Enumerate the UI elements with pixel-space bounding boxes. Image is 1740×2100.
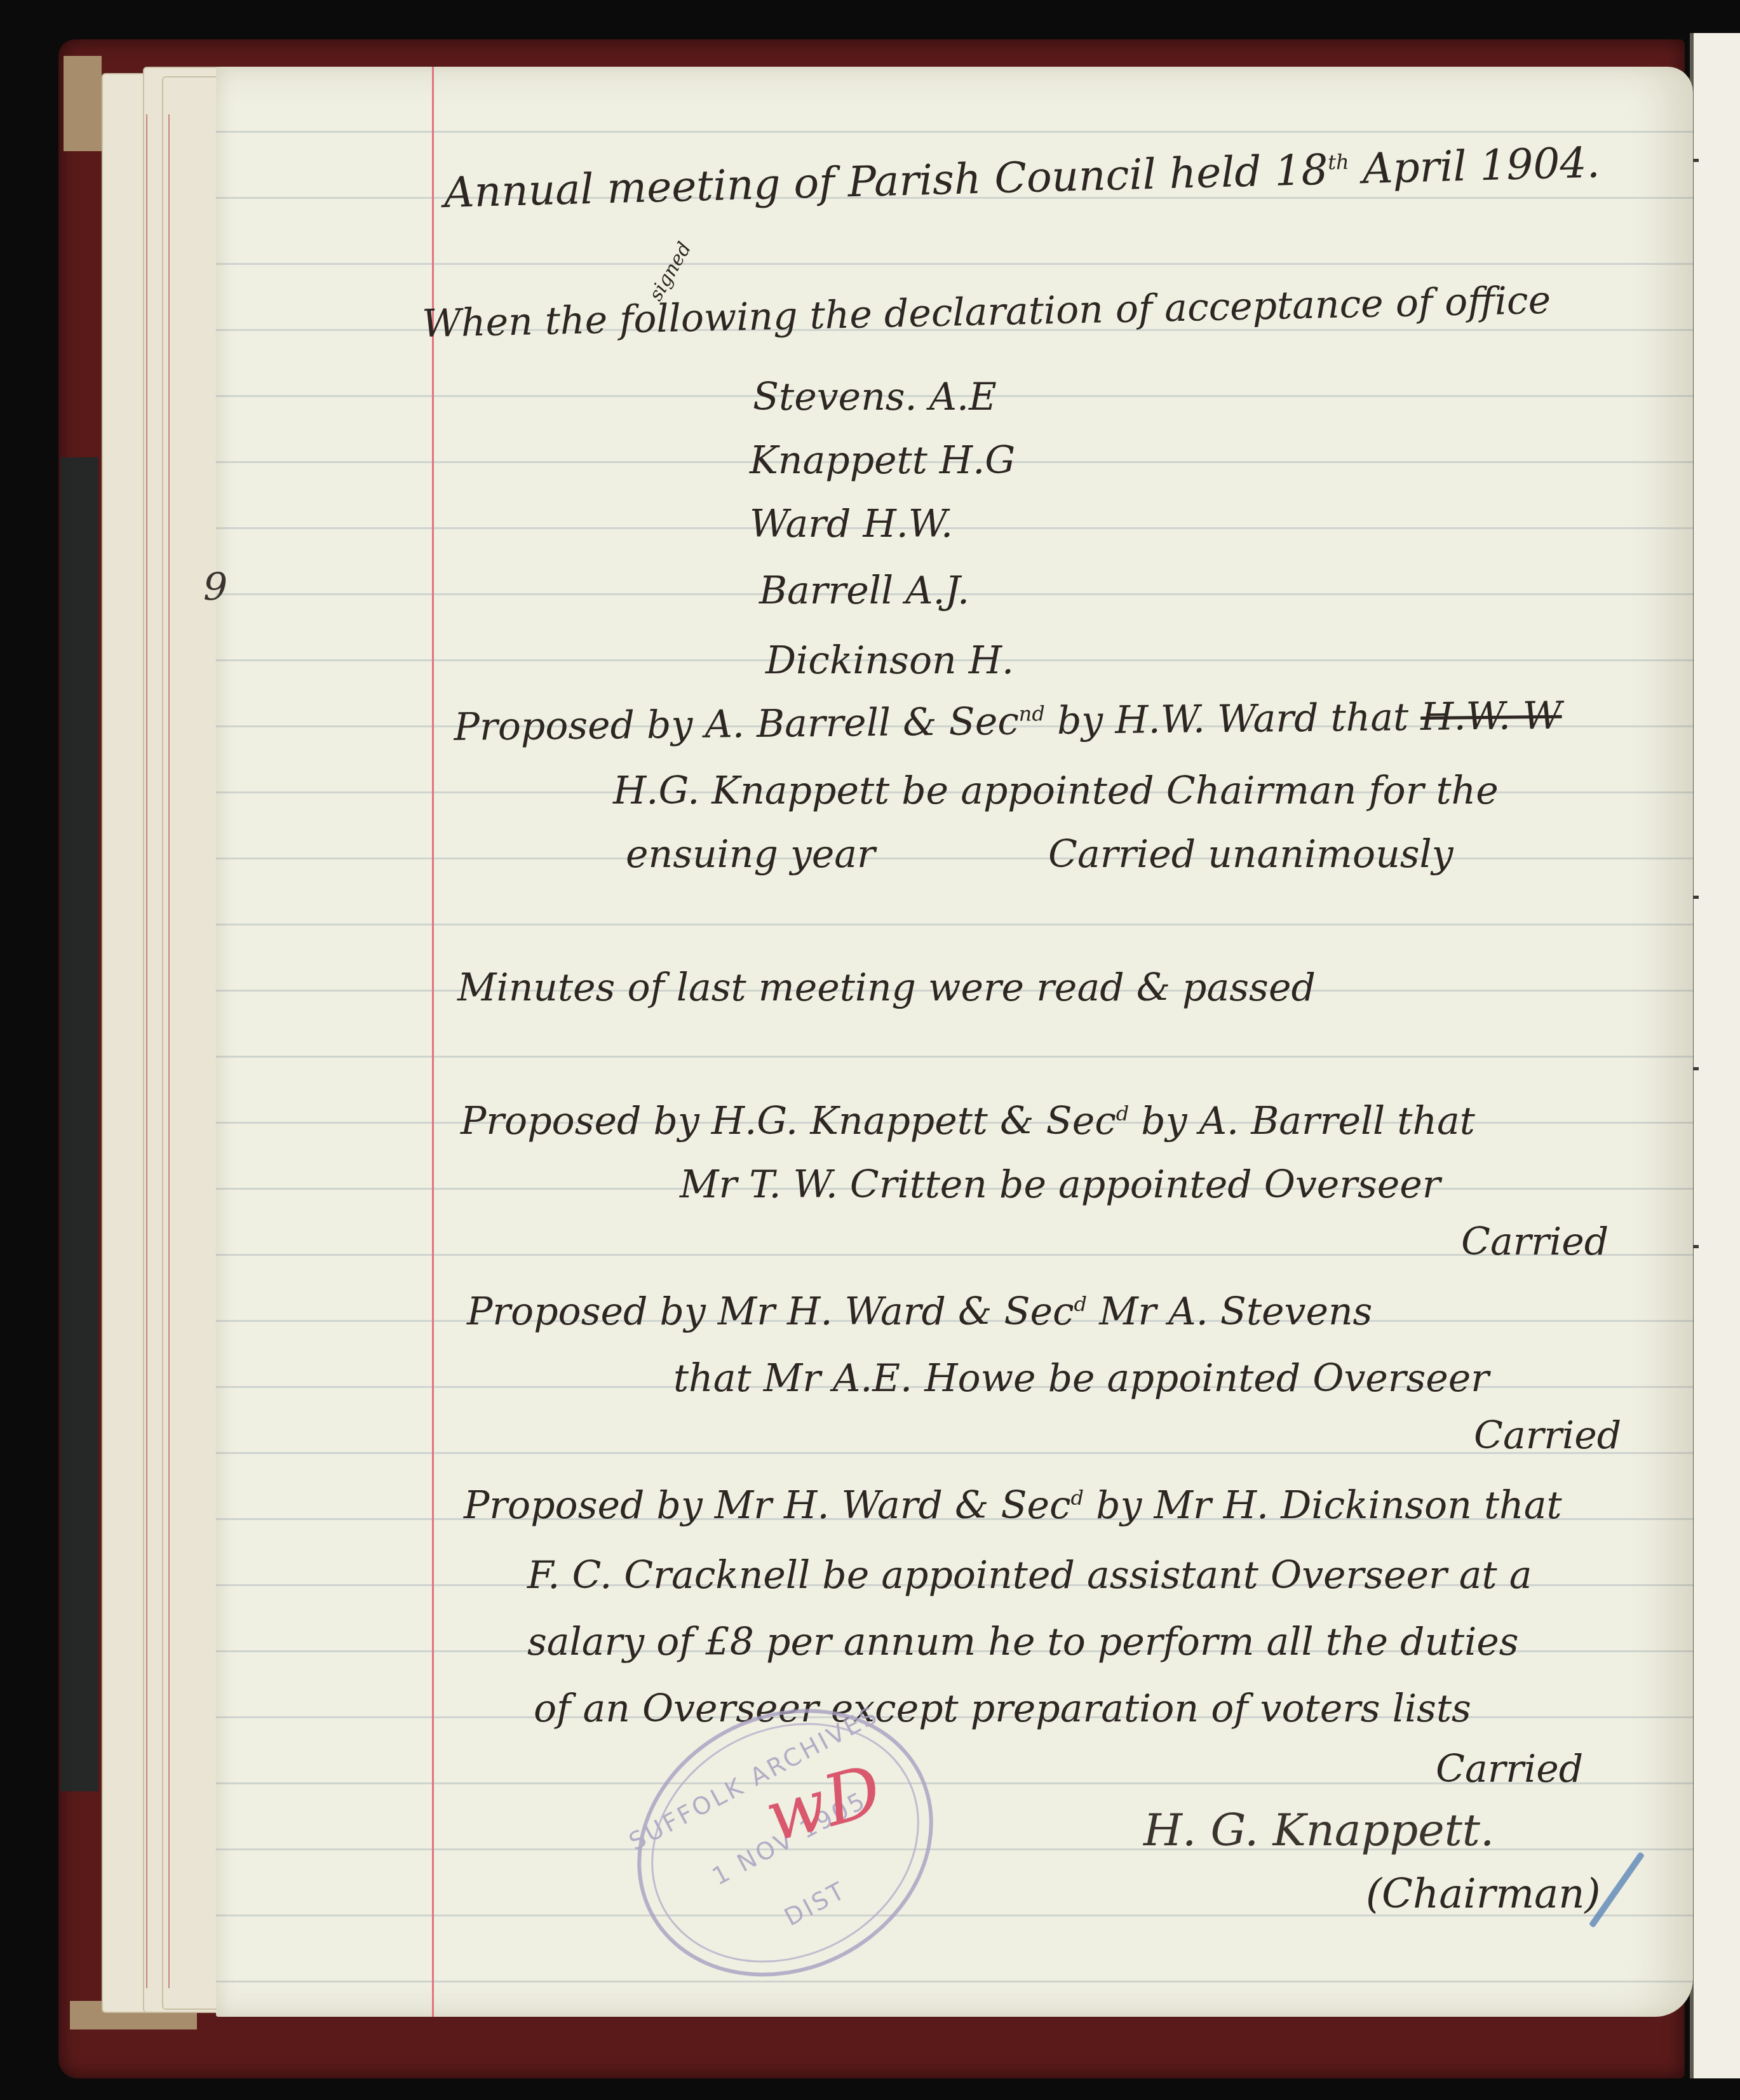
resolution-1-line-2: H.G. Knappett be appointed Chairman for … <box>613 769 1499 813</box>
resolution-4-line-3: salary of £8 per annum he to perform all… <box>527 1620 1519 1664</box>
signatory: Stevens. A.E <box>753 375 997 419</box>
signatory: Knappett H.G <box>750 438 1015 483</box>
signatory: Barrell A.J. <box>759 569 969 613</box>
resolution-3-result: Carried <box>1474 1413 1621 1458</box>
resolution-2-result: Carried <box>1461 1220 1608 1264</box>
facing-page <box>1690 33 1740 2078</box>
page-edge-rule <box>146 114 147 1988</box>
struck-text: H.W. W <box>1420 694 1562 739</box>
chairman-signature: H. G. Knappett. <box>1143 1804 1494 1856</box>
cover-corner-wear <box>64 56 102 151</box>
resolution-3-line-2: that Mr A.E. Howe be appointed Overseer <box>673 1356 1489 1401</box>
signatory: Dickinson H. <box>765 638 1014 683</box>
resolution-2-line-2: Mr T. W. Critten be appointed Overseer <box>680 1162 1440 1207</box>
resolution-2-line-1: Proposed by H.G. Knappett & Secd by A. B… <box>461 1099 1475 1143</box>
resolution-4-line-1: Proposed by Mr H. Ward & Secd by Mr H. D… <box>464 1483 1562 1528</box>
resolution-1-line-3: ensuing year <box>626 832 875 877</box>
signatory: Ward H.W. <box>750 502 953 546</box>
margin-mark: 9 <box>203 565 227 610</box>
cover-cloth <box>60 457 98 1791</box>
page-edge-rule <box>168 114 170 1988</box>
margin-rule <box>432 67 434 2017</box>
minutes-line: Minutes of last meeting were read & pass… <box>457 966 1316 1010</box>
chairman-role: (Chairman) <box>1366 1871 1600 1918</box>
resolution-3-line-1: Proposed by Mr H. Ward & Secd Mr A. Stev… <box>467 1289 1372 1334</box>
resolution-4-result: Carried <box>1436 1747 1583 1791</box>
resolution-1-result: Carried unanimously <box>1048 832 1453 877</box>
resolution-4-line-4: of an Overseer except preparation of vot… <box>534 1686 1471 1731</box>
resolution-4-line-2: F. C. Cracknell be appointed assistant O… <box>527 1553 1532 1598</box>
